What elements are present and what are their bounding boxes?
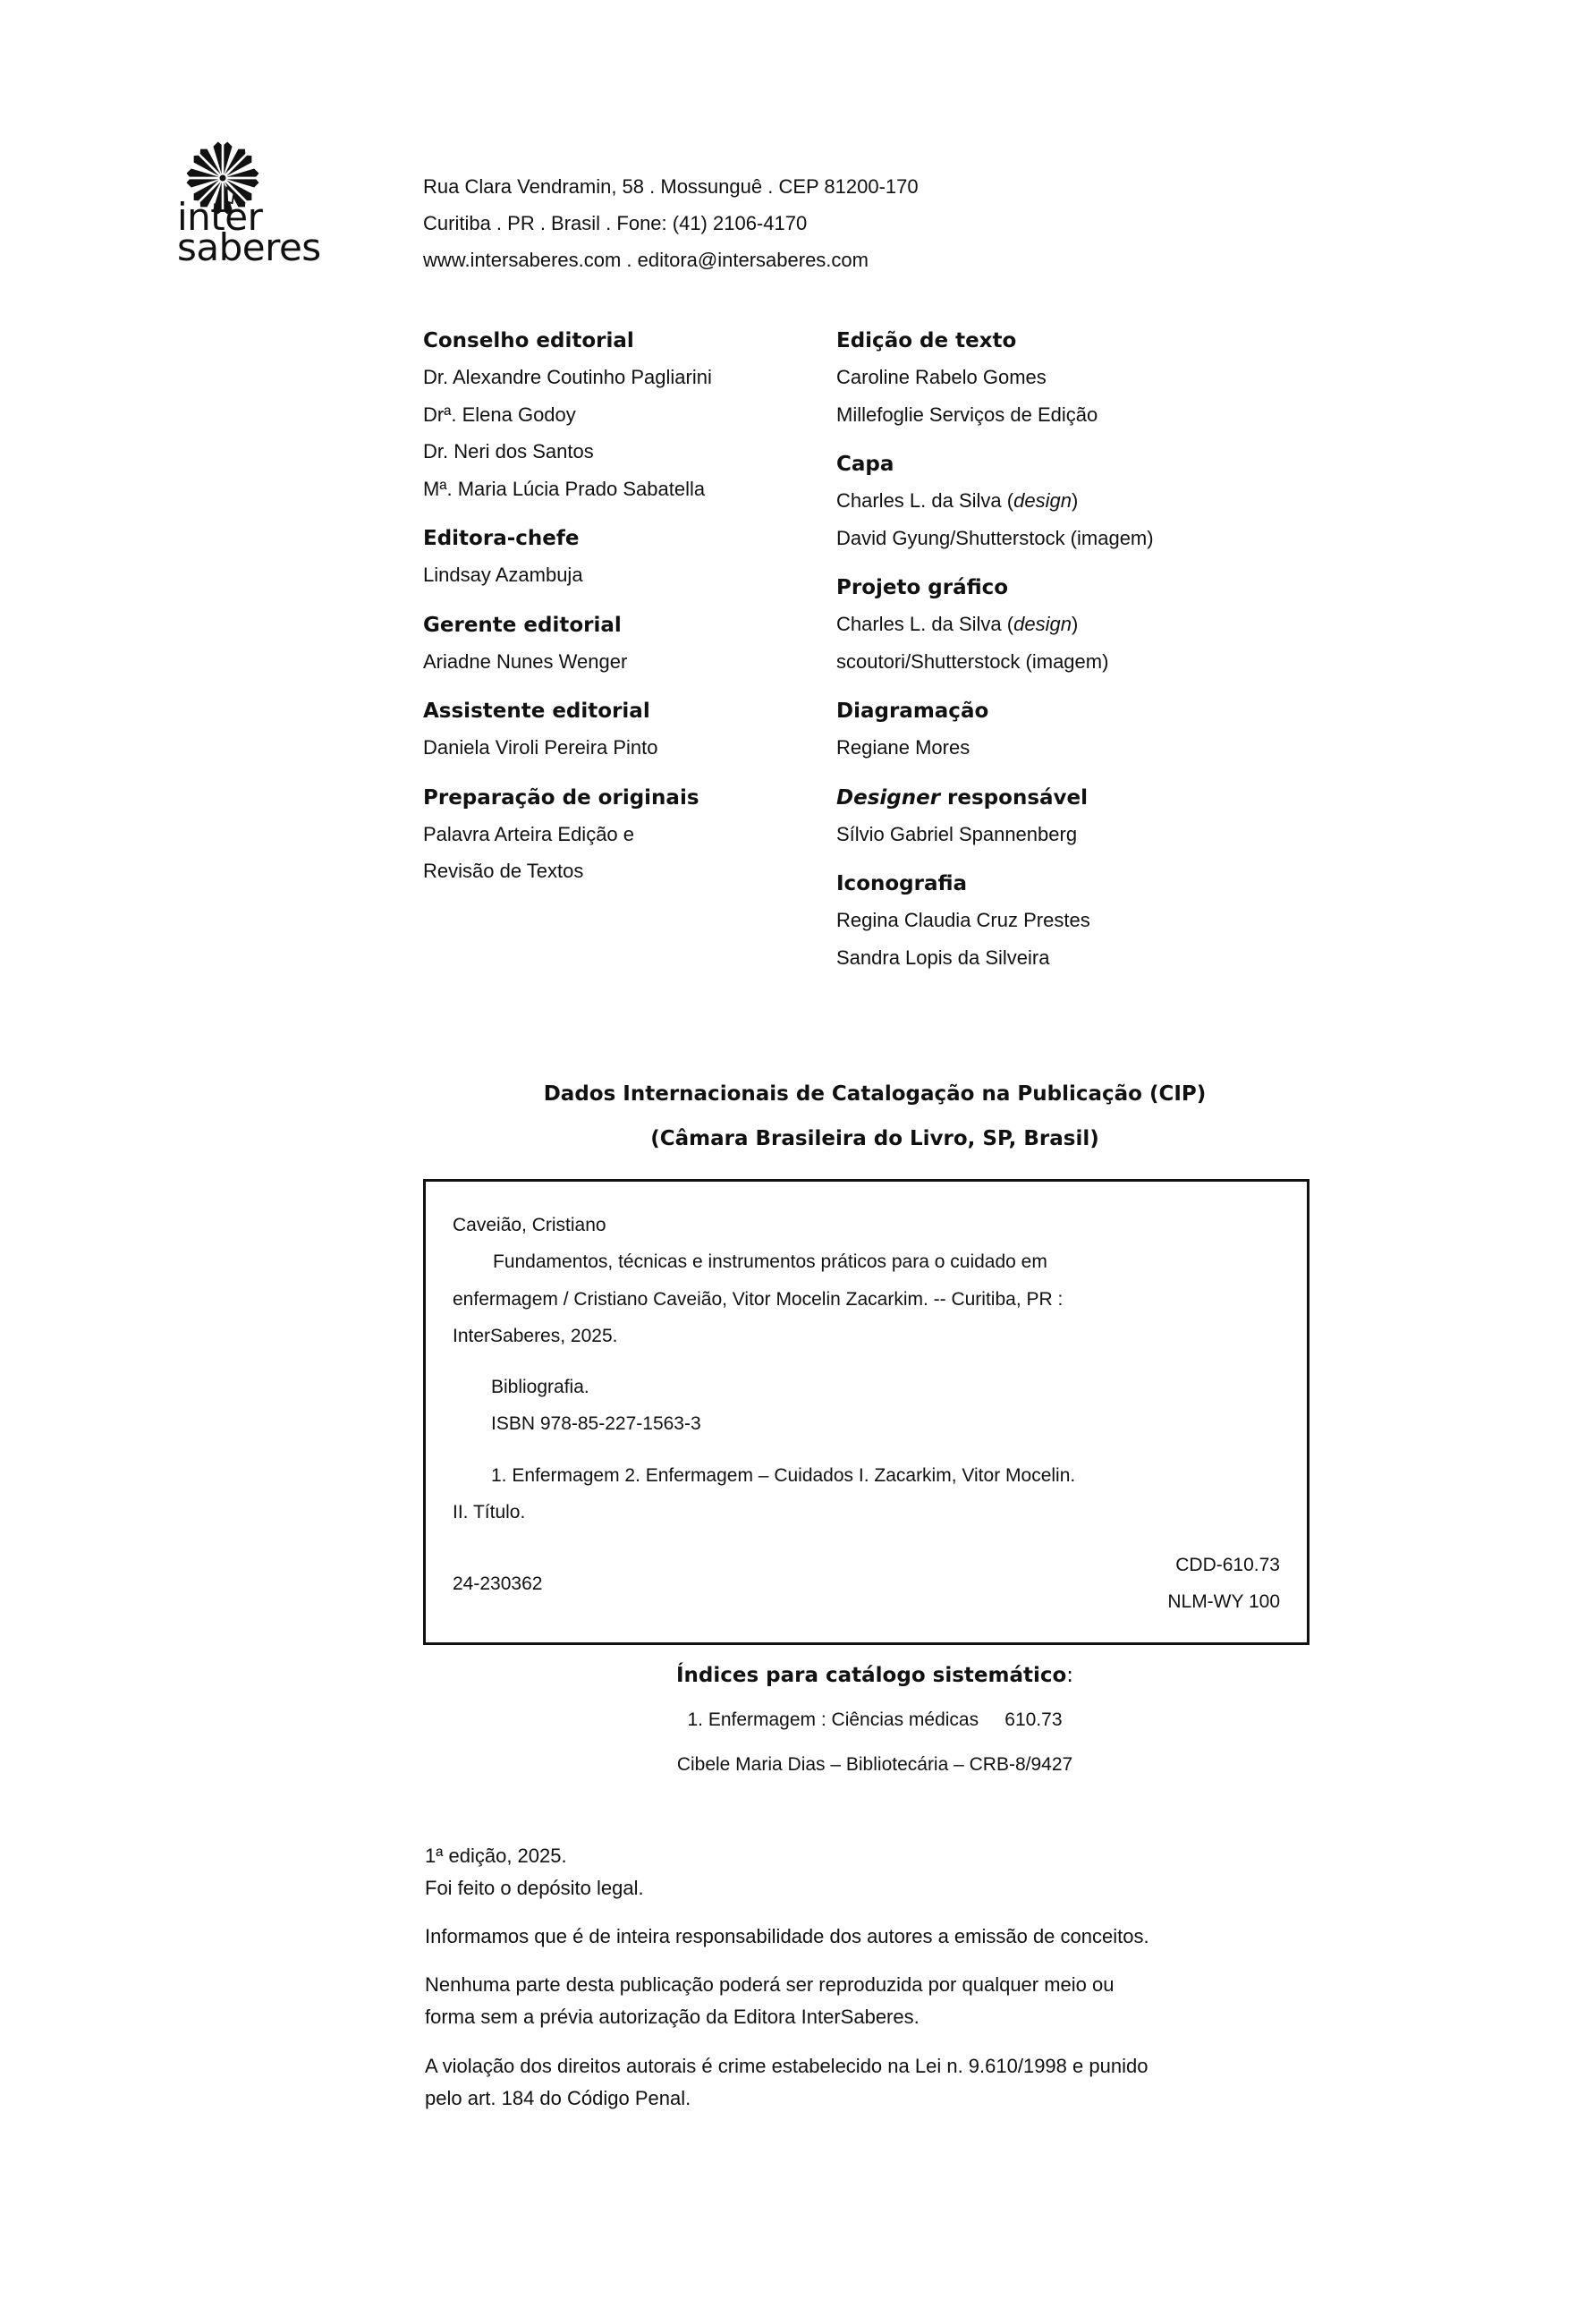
credit-group-edicao-texto: Edição de texto Caroline Rabelo Gomes Mi… xyxy=(836,323,1230,433)
credit-group-conselho-editorial: Conselho editorial Dr. Alexandre Coutinh… xyxy=(423,323,817,507)
credit-name: Regiane Mores xyxy=(836,729,1230,767)
credit-heading: Projeto gráfico xyxy=(836,570,1230,606)
credit-name: Palavra Arteira Edição e xyxy=(423,816,817,853)
credit-heading: Editora-chefe xyxy=(423,521,817,556)
credit-group-diagramacao: Diagramação Regiane Mores xyxy=(836,693,1230,767)
credit-heading-italic: Designer xyxy=(836,786,940,810)
credit-name: Sílvio Gabriel Spannenberg xyxy=(836,816,1230,853)
cip-bibliography: Bibliografia. xyxy=(491,1377,589,1398)
credit-group-designer-responsavel: Designer responsável Sílvio Gabriel Span… xyxy=(836,780,1230,853)
credit-name: Revisão de Textos xyxy=(423,852,817,890)
publisher-address: Rua Clara Vendramin, 58 . Mossunguê . CE… xyxy=(423,177,919,197)
credit-name: Mª. Maria Lúcia Prado Sabatella xyxy=(423,471,817,508)
credit-heading-rest: responsável xyxy=(940,786,1088,810)
credits-left-column: Conselho editorial Dr. Alexandre Coutinh… xyxy=(423,323,817,903)
credit-name: David Gyung/Shutterstock (imagem) xyxy=(836,520,1230,557)
cip-nlm: NLM-WY 100 xyxy=(1167,1591,1280,1613)
credit-name: Dr. Alexandre Coutinho Pagliarini xyxy=(423,359,817,396)
credit-group-preparacao-originais: Preparação de originais Palavra Arteira … xyxy=(423,780,817,890)
credit-name: Ariadne Nunes Wenger xyxy=(423,643,817,681)
cip-cdd: CDD-610.73 xyxy=(1175,1555,1280,1576)
reproduction-note: Nenhuma parte desta publicação poderá se… xyxy=(425,1969,1115,2001)
credit-heading: Diagramação xyxy=(836,693,1230,729)
credit-heading: Preparação de originais xyxy=(423,780,817,816)
librarian-credit: Cibele Maria Dias – Bibliotecária – CRB-… xyxy=(428,1753,1322,1777)
cip-subjects: 1. Enfermagem 2. Enfermagem – Cuidados I… xyxy=(491,1465,1075,1487)
credit-group-assistente-editorial: Assistente editorial Daniela Viroli Pere… xyxy=(423,693,817,767)
cip-record-box: Caveião, Cristiano Fundamentos, técnicas… xyxy=(423,1179,1310,1645)
cip-title-line: Fundamentos, técnicas e instrumentos prá… xyxy=(493,1251,1047,1273)
credits-right-column: Edição de texto Caroline Rabelo Gomes Mi… xyxy=(836,323,1230,989)
cip-subjects: II. Título. xyxy=(453,1502,525,1523)
credit-name: Dr. Neri dos Santos xyxy=(423,433,817,471)
credit-heading: Edição de texto xyxy=(836,323,1230,359)
credit-group-projeto-grafico: Projeto gráfico Charles L. da Silva (des… xyxy=(836,570,1230,680)
cip-control-number: 24-230362 xyxy=(453,1573,542,1595)
cip-title-line: InterSaberes, 2025. xyxy=(453,1326,617,1347)
publisher-logo: inter saberes xyxy=(177,139,347,273)
credit-group-capa: Capa Charles L. da Silva (design) David … xyxy=(836,446,1230,556)
credit-name: Daniela Viroli Pereira Pinto xyxy=(423,729,817,767)
credit-heading: Assistente editorial xyxy=(423,693,817,729)
publisher-web-email: www.intersaberes.com . editora@intersabe… xyxy=(423,250,869,270)
cip-subheading: (Câmara Brasileira do Livro, SP, Brasil) xyxy=(428,1125,1322,1152)
credit-group-iconografia: Iconografia Regina Claudia Cruz Prestes … xyxy=(836,866,1230,976)
credit-group-editora-chefe: Editora-chefe Lindsay Azambuja xyxy=(423,521,817,594)
credit-name: Caroline Rabelo Gomes xyxy=(836,359,1230,396)
credit-group-gerente-editorial: Gerente editorial Ariadne Nunes Wenger xyxy=(423,607,817,681)
credit-name: Millefoglie Serviços de Edição xyxy=(836,396,1230,434)
index-entry: 1. Enfermagem : Ciências médicas 610.73 xyxy=(428,1709,1322,1732)
responsibility-note: Informamos que é de inteira responsabili… xyxy=(425,1921,1149,1953)
deposit-note: Foi feito o depósito legal. xyxy=(425,1872,644,1904)
index-title-text: Índices para catálogo sistemático xyxy=(676,1664,1066,1687)
credit-name: Charles L. da Silva (design) xyxy=(836,482,1230,520)
credit-name: Drª. Elena Godoy xyxy=(423,396,817,434)
law-note: pelo art. 184 do Código Penal. xyxy=(425,2082,691,2115)
credit-heading: Conselho editorial xyxy=(423,323,817,359)
credit-name: Lindsay Azambuja xyxy=(423,556,817,594)
cip-author: Caveião, Cristiano xyxy=(453,1215,606,1236)
credit-heading: Iconografia xyxy=(836,866,1230,902)
credit-heading: Gerente editorial xyxy=(423,607,817,643)
credit-heading: Designer responsável xyxy=(836,780,1230,816)
index-title-colon: : xyxy=(1066,1664,1073,1687)
cip-title-line: enfermagem / Cristiano Caveião, Vitor Mo… xyxy=(453,1289,1063,1310)
credit-name: Charles L. da Silva (design) xyxy=(836,606,1230,643)
credit-name: Sandra Lopis da Silveira xyxy=(836,939,1230,977)
credit-heading: Capa xyxy=(836,446,1230,482)
logo-word-saberes: saberes xyxy=(177,232,321,264)
cip-heading: Dados Internacionais de Catalogação na P… xyxy=(428,1081,1322,1107)
edition-note: 1ª edição, 2025. xyxy=(425,1840,567,1872)
publisher-city-phone: Curitiba . PR . Brasil . Fone: (41) 2106… xyxy=(423,214,807,233)
credit-name: scoutori/Shutterstock (imagem) xyxy=(836,643,1230,681)
law-note: A violação dos direitos autorais é crime… xyxy=(425,2050,1148,2082)
index-title: Índices para catálogo sistemático: xyxy=(428,1662,1322,1689)
reproduction-note: forma sem a prévia autorização da Editor… xyxy=(425,2001,920,2033)
credit-name: Regina Claudia Cruz Prestes xyxy=(836,902,1230,939)
cip-isbn: ISBN 978-85-227-1563-3 xyxy=(491,1413,701,1435)
